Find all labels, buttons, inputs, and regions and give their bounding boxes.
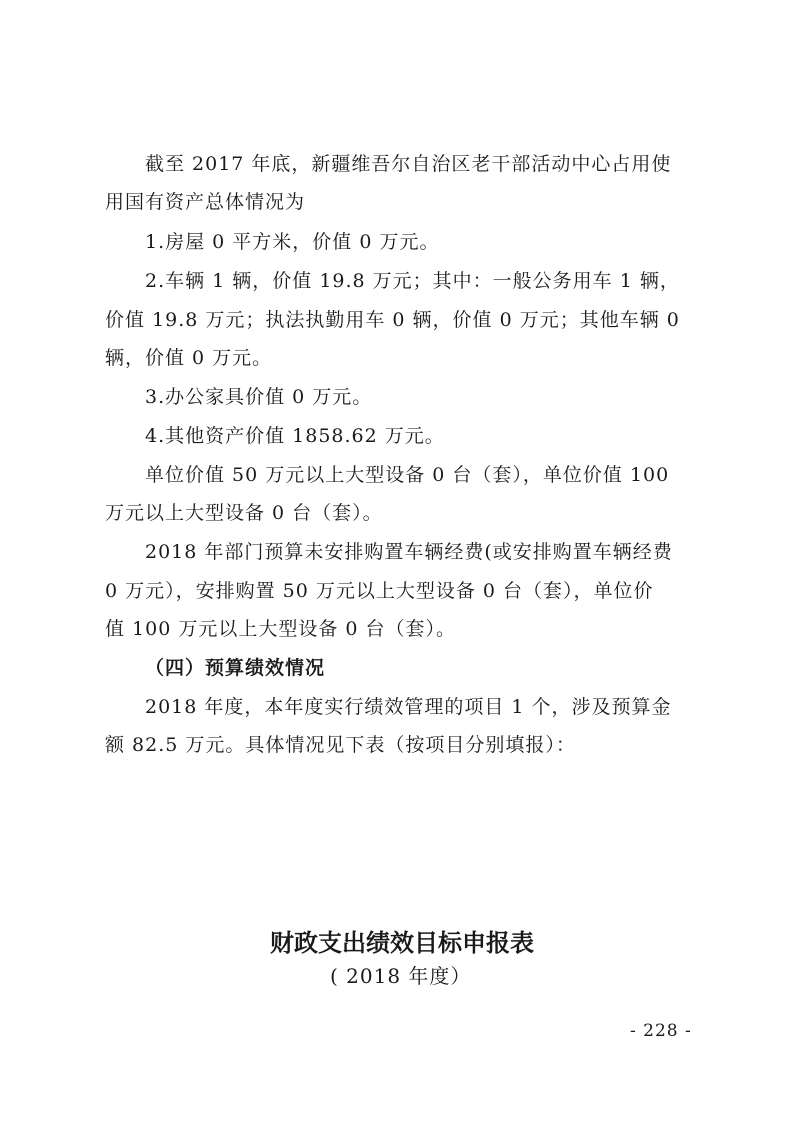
text-line: 1.房屋 0 平方米，价值 0 万元。 <box>145 230 439 254</box>
text-line: 2.车辆 1 辆，价值 19.8 万元；其中：一般公务用车 1 辆， <box>145 269 680 293</box>
page-number: - 228 - <box>630 1020 692 1042</box>
text-line: 3.办公家具价值 0 万元。 <box>145 385 372 409</box>
section-heading: （四）预算绩效情况 <box>145 656 325 680</box>
text-line: 辆，价值 0 万元。 <box>105 346 272 370</box>
text-line: 截至 2017 年底，新疆维吾尔自治区老干部活动中心占用使 <box>145 152 671 176</box>
text-line: 0 万元），安排购置 50 万元以上大型设备 0 台（套），单位价 <box>105 579 654 603</box>
text-line: 2018 年度，本年度实行绩效管理的项目 1 个，涉及预算金 <box>145 695 672 719</box>
text-line: 值 100 万元以上大型设备 0 台（套）。 <box>105 617 456 641</box>
text-line: 2018 年部门预算未安排购置车辆经费(或安排购置车辆经费 <box>145 540 673 564</box>
text-line: 单位价值 50 万元以上大型设备 0 台（套），单位价值 100 <box>145 463 669 487</box>
table-subtitle: ( 2018 年度） <box>330 963 471 989</box>
text-line: 用国有资产总体情况为 <box>105 190 305 214</box>
table-title: 财政支出绩效目标申报表 <box>270 928 534 958</box>
text-line: 万元以上大型设备 0 台（套）。 <box>105 501 383 525</box>
text-line: 额 82.5 万元。具体情况见下表（按项目分别填报）： <box>105 733 576 757</box>
text-line: 4.其他资产价值 1858.62 万元。 <box>145 424 445 448</box>
text-line: 价值 19.8 万元；执法执勤用车 0 辆，价值 0 万元；其他车辆 0 <box>105 308 680 332</box>
